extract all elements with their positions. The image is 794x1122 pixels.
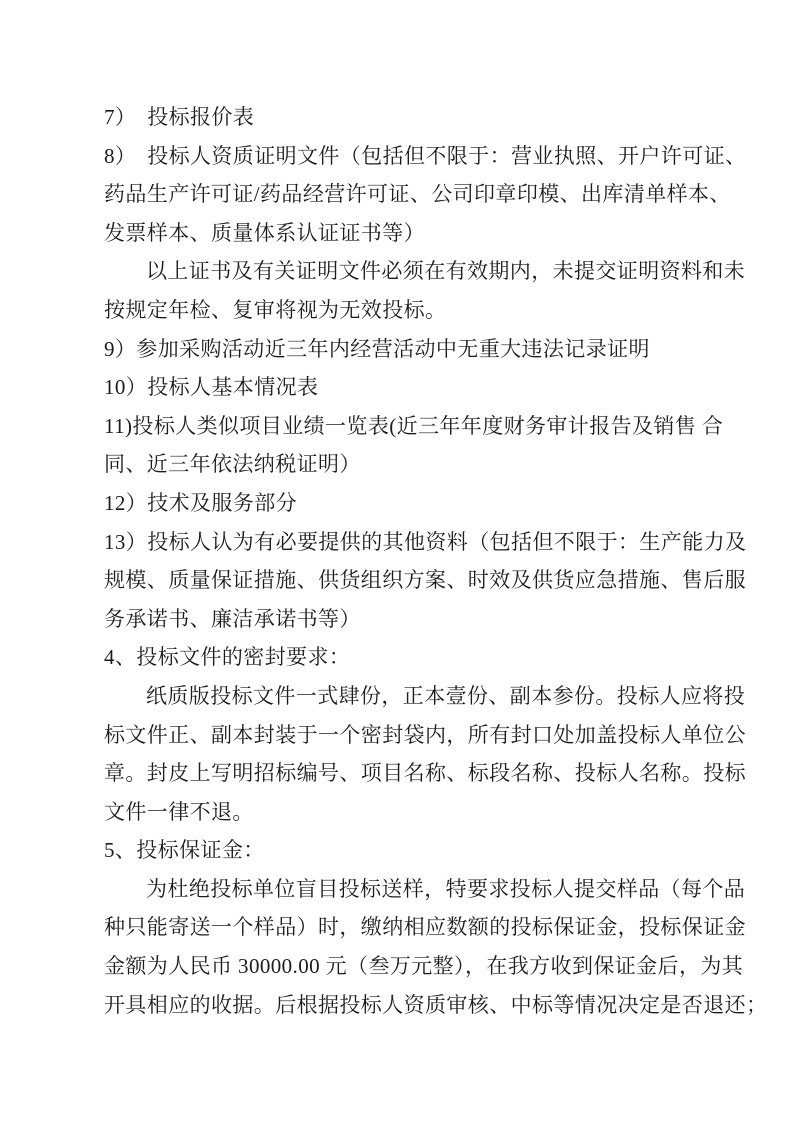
text-line: 7） 投标报价表 <box>104 98 690 137</box>
text-line: 种只能寄送一个样品）时，缴纳相应数额的投标保证金，投标保证金 <box>104 908 690 947</box>
text-line: 标文件正、副本封装于一个密封袋内，所有封口处加盖投标人单位公 <box>104 716 690 755</box>
text-line: 章。封皮上写明招标编号、项目名称、标段名称、投标人名称。投标 <box>104 754 690 793</box>
text-line: 以上证书及有关证明文件必须在有效期内，未提交证明资料和未 <box>104 252 690 291</box>
text-line: 5、投标保证金： <box>104 831 690 870</box>
text-line: 纸质版投标文件一式肆份，正本壹份、副本参份。投标人应将投 <box>104 677 690 716</box>
text-line: 按规定年检、复审将视为无效投标。 <box>104 291 690 330</box>
text-line: 文件一律不退。 <box>104 793 690 832</box>
text-line: 务承诺书、廉洁承诺书等） <box>104 600 690 639</box>
text-line: 13）投标人认为有必要提供的其他资料（包括但不限于：生产能力及 <box>104 523 690 562</box>
document-body-text: 7） 投标报价表 8） 投标人资质证明文件（包括但不限于：营业执照、开户许可证、… <box>104 98 690 1024</box>
document-page: 7） 投标报价表 8） 投标人资质证明文件（包括但不限于：营业执照、开户许可证、… <box>0 0 794 1122</box>
text-line: 开具相应的收据。后根据投标人资质审核、中标等情况决定是否退还； <box>104 986 690 1025</box>
text-line: 11)投标人类似项目业绩一览表(近三年年度财务审计报告及销售 合 <box>104 407 690 446</box>
text-line: 12）技术及服务部分 <box>104 484 690 523</box>
text-line: 为杜绝投标单位盲目投标送样，特要求投标人提交样品（每个品 <box>104 870 690 909</box>
text-line: 10）投标人基本情况表 <box>104 368 690 407</box>
text-line: 同、近三年依法纳税证明） <box>104 445 690 484</box>
text-line: 金额为人民币 30000.00 元（叁万元整），在我方收到保证金后，为其 <box>104 947 690 986</box>
text-line: 规模、质量保证措施、供货组织方案、时效及供货应急措施、售后服 <box>104 561 690 600</box>
text-line: 药品生产许可证/药品经营许可证、公司印章印模、出库清单样本、 <box>104 175 690 214</box>
text-line: 4、投标文件的密封要求： <box>104 638 690 677</box>
text-line: 8） 投标人资质证明文件（包括但不限于：营业执照、开户许可证、 <box>104 137 690 176</box>
text-line: 9）参加采购活动近三年内经营活动中无重大违法记录证明 <box>104 330 690 369</box>
text-line: 发票样本、质量体系认证证书等） <box>104 214 690 253</box>
